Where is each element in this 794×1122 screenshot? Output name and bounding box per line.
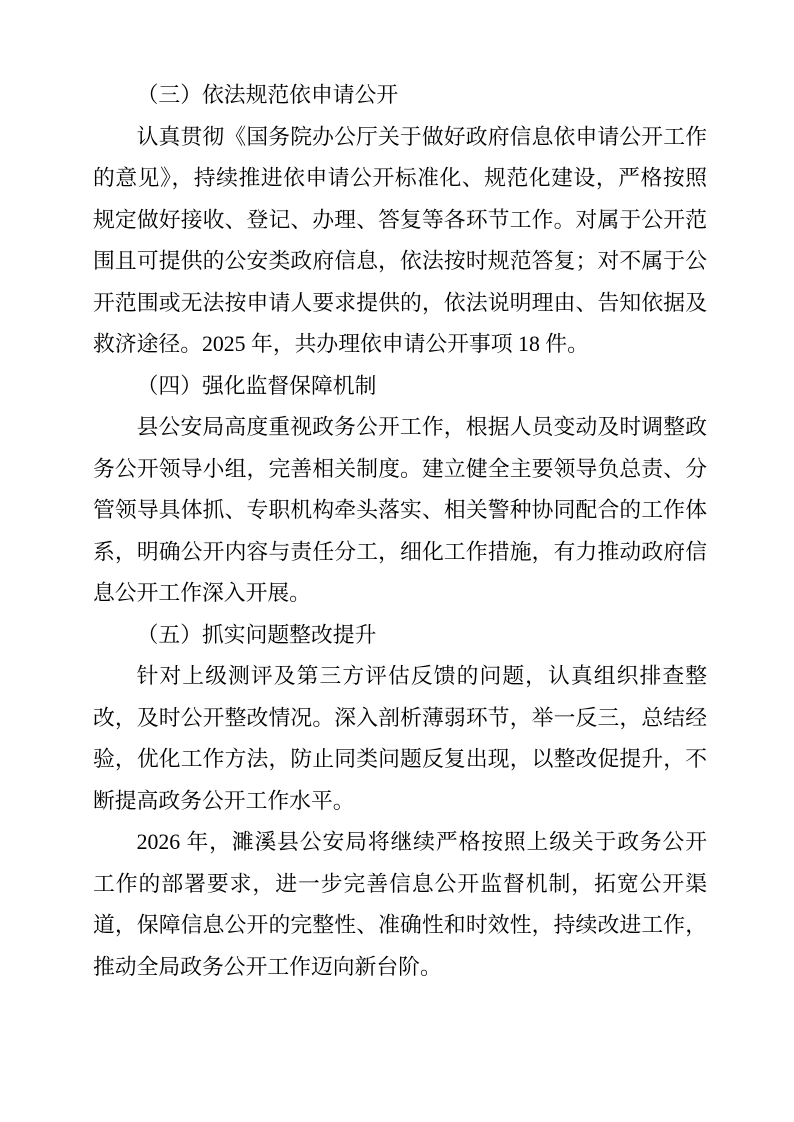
- paragraph-section-3: 认真贯彻《国务院办公厅关于做好政府信息依申请公开工作的意见》，持续推进依申请公开…: [93, 117, 707, 366]
- heading-section-4: （四）强化监督保障机制: [93, 366, 707, 408]
- paragraph-section-5: 针对上级测评及第三方评估反馈的问题，认真组织排查整改，及时公开整改情况。深入剖析…: [93, 656, 707, 822]
- heading-section-5: （五）抓实问题整改提升: [93, 615, 707, 657]
- paragraph-outlook-2026: 2026 年，濉溪县公安局将继续严格按照上级关于政务公开工作的部署要求，进一步完…: [93, 822, 707, 988]
- document-page: （三）依法规范依申请公开 认真贯彻《国务院办公厅关于做好政府信息依申请公开工作的…: [0, 0, 794, 1122]
- paragraph-section-4: 县公安局高度重视政务公开工作，根据人员变动及时调整政务公开领导小组，完善相关制度…: [93, 407, 707, 615]
- document-body: （三）依法规范依申请公开 认真贯彻《国务院办公厅关于做好政府信息依申请公开工作的…: [93, 75, 707, 988]
- heading-section-3: （三）依法规范依申请公开: [93, 75, 707, 117]
